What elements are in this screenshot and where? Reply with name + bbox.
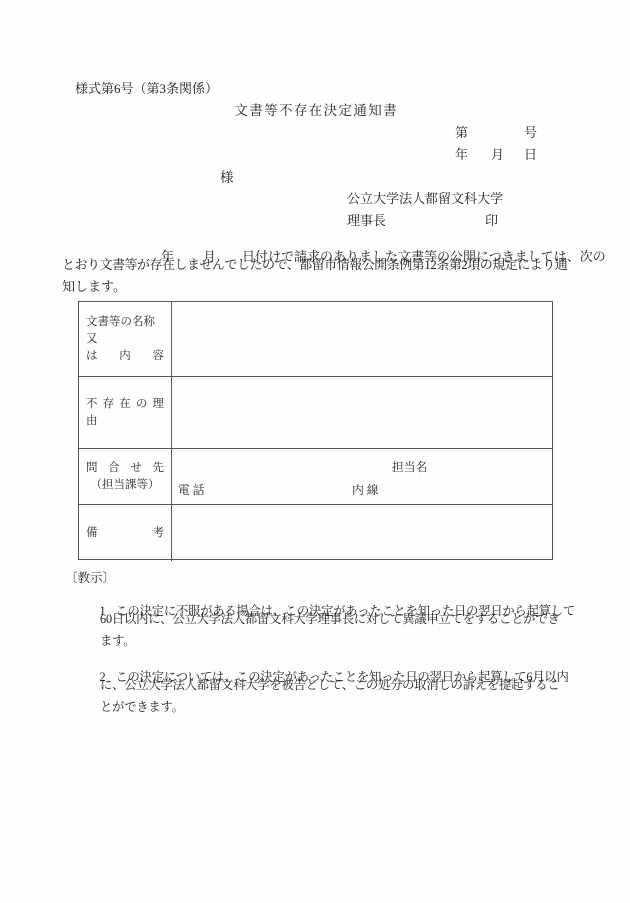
addressee-honorific: 様 <box>220 170 234 185</box>
phone-label: 電 話 <box>178 481 205 498</box>
date-year-label: 年 <box>455 148 468 162</box>
label-line: 文書等の名称又 <box>86 314 164 348</box>
table-cell-remarks <box>172 505 552 561</box>
note-item-2-line-2: に、公立大学法人都留文科大学を被告として、この処分の取消しの訴えを提起するこ <box>100 678 559 692</box>
label-line: 問 合 せ 先 <box>86 460 164 477</box>
date-day-label: 日 <box>524 148 537 162</box>
date-month-label: 月 <box>491 148 504 162</box>
body-paragraph-line3: 知します。 <box>62 280 126 294</box>
notice-form-table: 文書等の名称又 は 内 容 不 存 在 の 理 由 問 合 せ 先 （担当課等）… <box>78 301 553 560</box>
table-label-remarks: 備 考 <box>79 505 172 561</box>
table-label-reason-nonexistence: 不 存 在 の 理 由 <box>79 377 172 449</box>
table-cell-reason-nonexistence <box>172 377 552 449</box>
label-line: は 内 容 <box>86 348 164 365</box>
extension-label: 内 線 <box>352 481 379 498</box>
document-page: 様式第6号（第3条関係） 文 書 等 不 存 在 決 定 通 知 書 第 号 年… <box>0 0 630 903</box>
note-item-1-line-2: 60日以内に、公立大学法人都留文科大学理事長に対して異議申立てをすることができ <box>100 612 559 626</box>
doc-number-prefix: 第 <box>455 126 468 140</box>
table-cell-document-name <box>172 302 552 377</box>
table-cell-contact: 担当名 電 話 内 線 <box>172 449 552 505</box>
seal-placeholder: 印 <box>485 214 498 228</box>
label-line: 備 考 <box>86 525 164 542</box>
doc-number-suffix: 号 <box>524 126 537 140</box>
issuer-organization: 公立大学法人都留文科大学 <box>347 192 503 206</box>
document-title: 文 書 等 不 存 在 決 定 通 知 書 <box>0 103 630 118</box>
form-number: 様式第6号（第3条関係） <box>75 82 218 96</box>
table-label-document-name: 文書等の名称又 は 内 容 <box>79 302 172 377</box>
label-line: 不 存 在 の 理 由 <box>86 396 164 430</box>
body-paragraph-line2: とおり文書等が存在しませんでしたので、都留市情報公開条例第12条第2項の規定によ… <box>62 258 567 272</box>
note-item-1-line-3: ます。 <box>100 634 135 648</box>
label-line: （担当課等） <box>86 477 164 494</box>
contact-person-label: 担当名 <box>392 458 427 475</box>
table-label-contact: 問 合 せ 先 （担当課等） <box>79 449 172 505</box>
issuer-title: 理事長 <box>347 214 386 228</box>
note-item-2-line-3: とができます。 <box>100 700 184 714</box>
notes-heading: 〔教示〕 <box>65 568 115 586</box>
